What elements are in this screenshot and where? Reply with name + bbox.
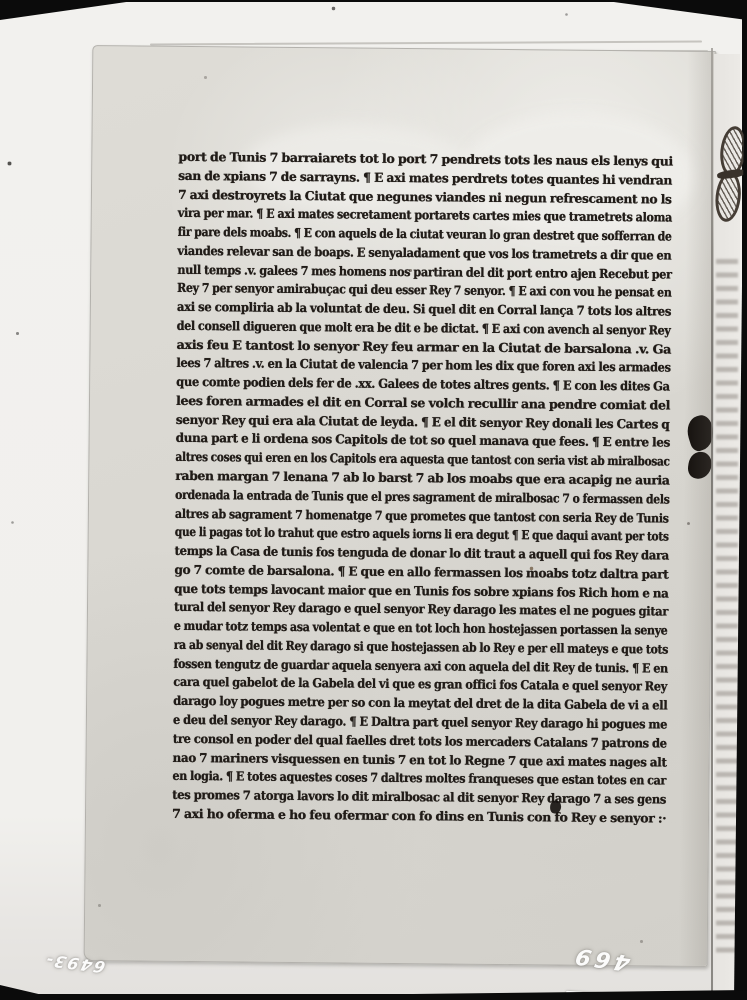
facing-page-text-blur <box>716 259 738 959</box>
ink-blot <box>687 450 714 480</box>
initial-lobe <box>713 171 743 223</box>
text-block: port de Tunis 7 barraiarets tot lo port … <box>172 147 672 830</box>
leaf-edge <box>150 41 702 46</box>
photograph: port de Tunis 7 barraiarets tot lo port … <box>0 2 742 994</box>
gutter-line <box>711 48 713 992</box>
decorated-initial-icon <box>711 125 747 243</box>
manuscript-page: port de Tunis 7 barraiarets tot lo port … <box>84 45 717 967</box>
